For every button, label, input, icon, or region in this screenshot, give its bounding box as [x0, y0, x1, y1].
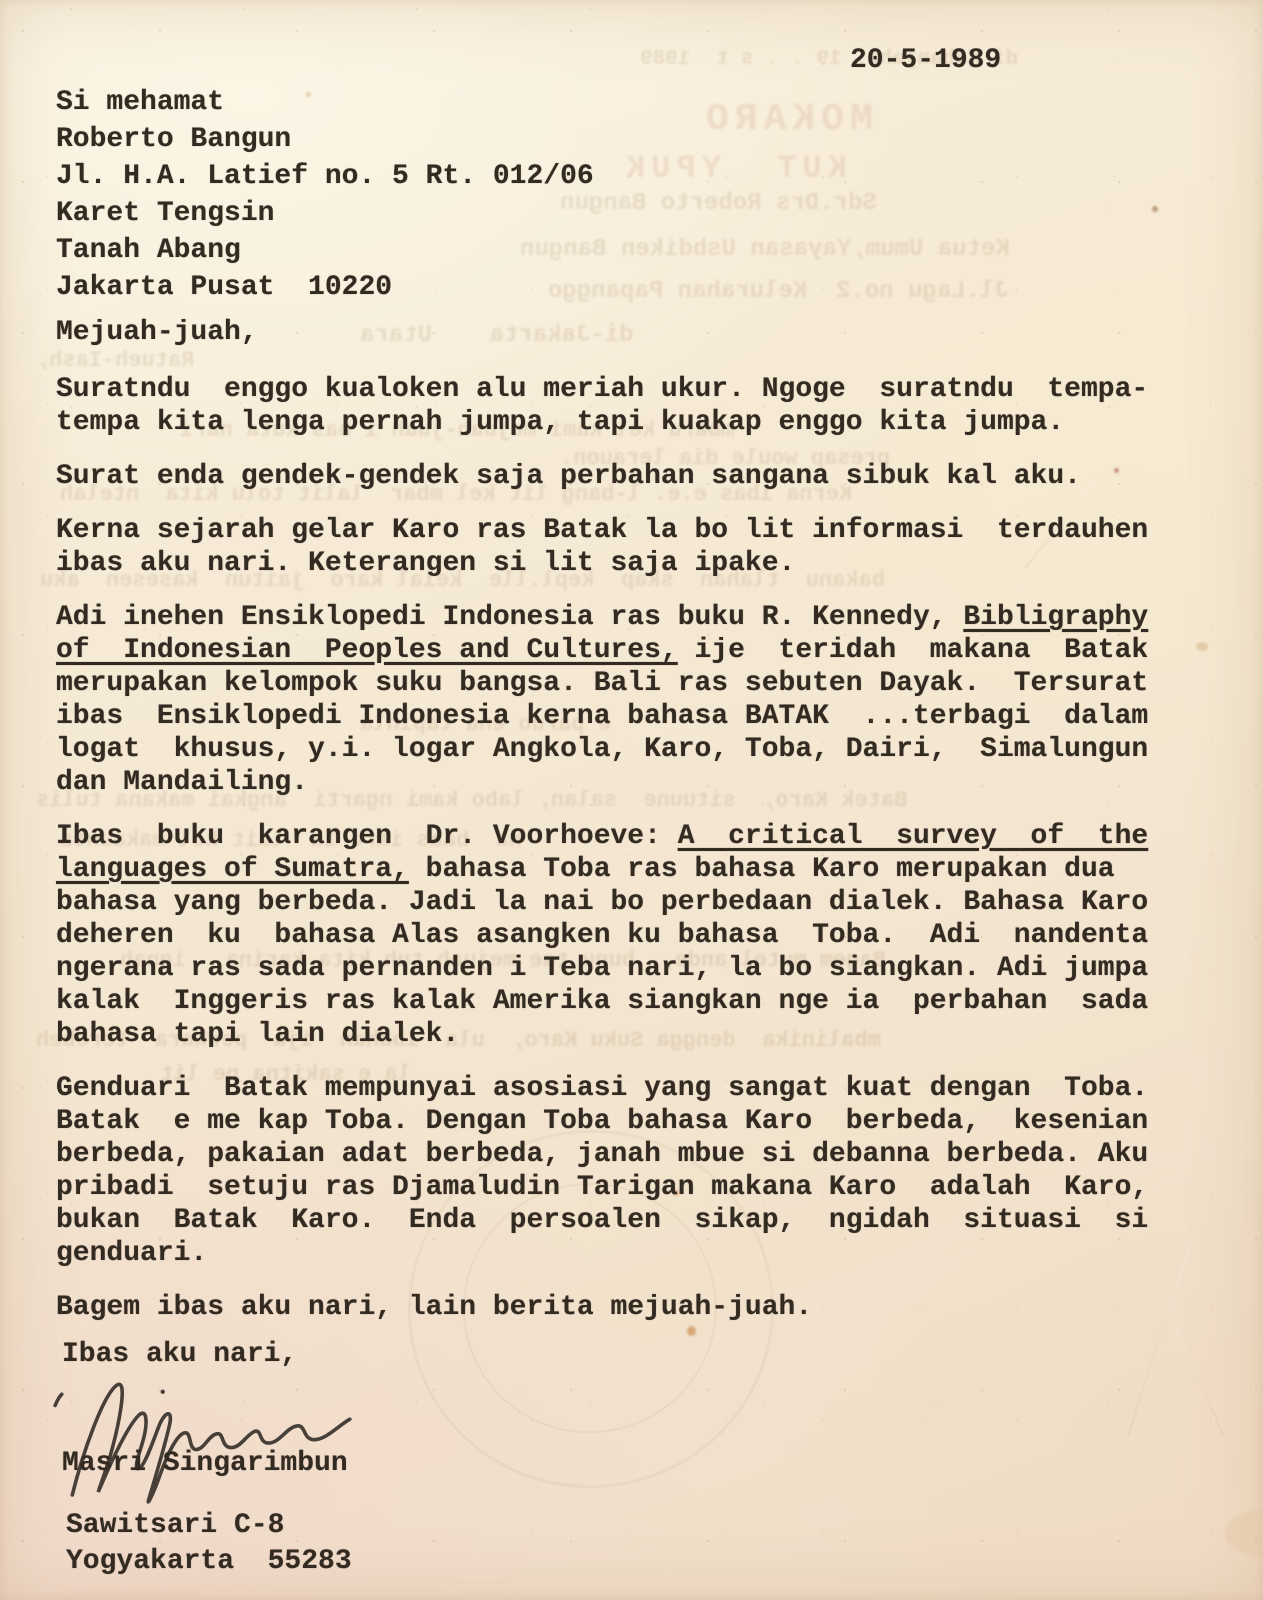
text-segment: berbeda, pakaian adat berbeda, janah mbu… — [56, 1139, 1148, 1170]
text-segment: ibas Ensiklopedi Indonesia kerna bahasa … — [56, 701, 1148, 732]
stain — [1152, 206, 1158, 212]
letter-line: merupakan kelompok suku bangsa. Bali ras… — [56, 667, 1196, 700]
text-segment: Surat enda gendek-gendek saja perbahan s… — [56, 461, 1081, 492]
recipient-line: Jakarta Pusat 10220 — [56, 269, 594, 306]
recipient-address: Si mehamatRoberto BangunJl. H.A. Latief … — [56, 84, 594, 306]
recipient-line: Tanah Abang — [56, 232, 594, 269]
paragraph: Ibas buku karangen Dr. Voorhoeve: A crit… — [56, 820, 1196, 1051]
text-segment: bahasa yang berbeda. Jadi la nai bo perb… — [56, 887, 1148, 918]
text-segment: Kerna sejarah gelar Karo ras Batak la bo… — [56, 515, 1148, 546]
paragraph: Suratndu enggo kualoken alu meriah ukur.… — [56, 373, 1196, 439]
letter-line: Ibas buku karangen Dr. Voorhoeve: A crit… — [56, 820, 1196, 853]
text-segment: genduari. — [56, 1238, 207, 1269]
text-segment: merupakan kelompok suku bangsa. Bali ras… — [56, 668, 1148, 699]
text-segment: Bagem ibas aku nari, lain berita mejuah-… — [56, 1292, 812, 1323]
text-segment: bahasa Toba ras bahasa Karo merupakan du… — [409, 854, 1115, 885]
text-segment: bukan Batak Karo. Enda persoalen sikap, … — [56, 1205, 1148, 1236]
recipient-line: Roberto Bangun — [56, 121, 594, 158]
underlined-text: Bibligraphy — [963, 602, 1148, 633]
text-segment: Genduari Batak mempunyai asosiasi yang s… — [56, 1073, 1148, 1104]
letter-line: Surat enda gendek-gendek saja perbahan s… — [56, 460, 1196, 493]
letter-line: deheren ku bahasa Alas asangken ku bahas… — [56, 919, 1196, 952]
signer-name: Masri Singarimbun — [62, 1448, 348, 1479]
letter-line: dan Mandailing. — [56, 766, 1196, 799]
text-segment: bahasa tapi lain dialek. — [56, 1019, 459, 1050]
signature — [45, 1346, 380, 1507]
letter-line: Kerna sejarah gelar Karo ras Batak la bo… — [56, 514, 1196, 547]
letter-line: tempa kita lenga pernah jumpa, tapi kuak… — [56, 406, 1196, 439]
text-segment: Suratndu enggo kualoken alu meriah ukur.… — [56, 374, 1148, 405]
sender-address: Sawitsari C-8Yogyakarta 55283 — [66, 1508, 352, 1580]
letter-line: ngerana ras sada pernanden i Teba nari, … — [56, 952, 1196, 985]
letter-line: Adi inehen Ensiklopedi Indonesia ras buk… — [56, 601, 1196, 634]
text-segment: ibas aku nari. Keterangen si lit saja ip… — [56, 548, 795, 579]
letter-line: bahasa yang berbeda. Jadi la nai bo perb… — [56, 886, 1196, 919]
letter-line: languages of Sumatra, bahasa Toba ras ba… — [56, 853, 1196, 886]
text-segment: ngerana ras sada pernanden i Teba nari, … — [56, 953, 1148, 984]
letter-line: logat khusus, y.i. logar Angkola, Karo, … — [56, 733, 1196, 766]
stain — [1225, 1510, 1263, 1556]
stain — [1196, 642, 1208, 651]
text-segment: tempa kita lenga pernah jumpa, tapi kuak… — [56, 407, 1064, 438]
bleedthrough-text: KUT YPUK — [620, 150, 847, 187]
recipient-line: Si mehamat — [56, 84, 594, 121]
letter-line: ibas aku nari. Keterangen si lit saja ip… — [56, 547, 1196, 580]
letter-page: di Kabanjahe, 19 . . s t 1989MOKAROKUT Y… — [0, 0, 1263, 1600]
text-segment: ije teridah makana Batak — [678, 635, 1148, 666]
paragraph: Surat enda gendek-gendek saja perbahan s… — [56, 460, 1196, 493]
letter-line: ibas Ensiklopedi Indonesia kerna bahasa … — [56, 700, 1196, 733]
letter-line: berbeda, pakaian adat berbeda, janah mbu… — [56, 1138, 1196, 1171]
underlined-text: A critical survey of the — [678, 821, 1148, 852]
letter-line: Batak e me kap Toba. Dengan Toba bahasa … — [56, 1105, 1196, 1138]
text-segment: Batak e me kap Toba. Dengan Toba bahasa … — [56, 1106, 1148, 1137]
letter-body: Mejuah-juah, Suratndu enggo kualoken alu… — [56, 316, 1196, 1345]
paragraph: Kerna sejarah gelar Karo ras Batak la bo… — [56, 514, 1196, 580]
underlined-text: of Indonesian Peoples and Cultures, — [56, 635, 678, 666]
bleedthrough-text: MOKARO — [700, 98, 873, 141]
text-segment: pribadi setuju ras Djamaludin Tarigan ma… — [56, 1172, 1148, 1203]
letter-line: pribadi setuju ras Djamaludin Tarigan ma… — [56, 1171, 1196, 1204]
text-segment: dan Mandailing. — [56, 767, 308, 798]
letter-line: kalak Inggeris ras kalak Amerika siangka… — [56, 985, 1196, 1018]
letter-line: of Indonesian Peoples and Cultures, ije … — [56, 634, 1196, 667]
sender-line: Sawitsari C-8 — [66, 1508, 352, 1544]
letter-line: Genduari Batak mempunyai asosiasi yang s… — [56, 1072, 1196, 1105]
text-segment: logat khusus, y.i. logar Angkola, Karo, … — [56, 734, 1148, 765]
bleedthrough-text: Jl.Lagu no.2 Kelurahan Papanggo — [548, 278, 1009, 305]
paragraph: Adi inehen Ensiklopedi Indonesia ras buk… — [56, 601, 1196, 799]
text-segment: kalak Inggeris ras kalak Amerika siangka… — [56, 986, 1148, 1017]
paragraph: Bagem ibas aku nari, lain berita mejuah-… — [56, 1291, 1196, 1324]
letter-line: Suratndu enggo kualoken alu meriah ukur.… — [56, 373, 1196, 406]
letter-date: 20-5-1989 — [850, 44, 1001, 77]
sender-line: Yogyakarta 55283 — [66, 1544, 352, 1580]
paragraphs: Suratndu enggo kualoken alu meriah ukur.… — [56, 373, 1196, 1324]
salutation: Mejuah-juah, — [56, 316, 1196, 349]
text-segment: deheren ku bahasa Alas asangken ku bahas… — [56, 920, 1148, 951]
letter-line: bukan Batak Karo. Enda persoalen sikap, … — [56, 1204, 1196, 1237]
bleedthrough-text: Sdr.Drs Roberto Bangun — [560, 190, 877, 217]
recipient-line: Jl. H.A. Latief no. 5 Rt. 012/06 — [56, 158, 594, 195]
text-segment: Ibas buku karangen Dr. Voorhoeve: — [56, 821, 678, 852]
letter-line: Bagem ibas aku nari, lain berita mejuah-… — [56, 1291, 1196, 1324]
recipient-line: Karet Tengsin — [56, 195, 594, 232]
letter-line: bahasa tapi lain dialek. — [56, 1018, 1196, 1051]
text-segment: Adi inehen Ensiklopedi Indonesia ras buk… — [56, 602, 963, 633]
letter-line: genduari. — [56, 1237, 1196, 1270]
underlined-text: languages of Sumatra, — [56, 854, 409, 885]
paragraph: Genduari Batak mempunyai asosiasi yang s… — [56, 1072, 1196, 1270]
